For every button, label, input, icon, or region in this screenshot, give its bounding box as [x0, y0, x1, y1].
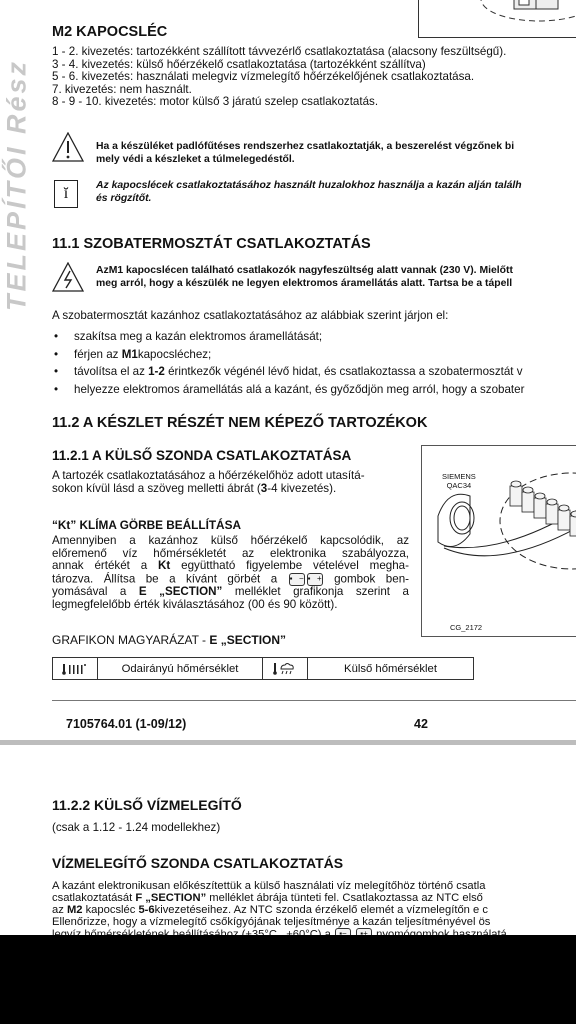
legend-outdoor-label: Külső hőmérséklet [308, 658, 473, 679]
curve-plus-button-icon: ▪+ [307, 573, 323, 586]
flow-temperature-icon [53, 658, 98, 679]
step-bold: M1 [122, 348, 138, 361]
text-span: csatlakoztatását [52, 892, 135, 904]
text-span: -4 kivezetés). [267, 482, 336, 495]
text-bold: F „SECTION” [135, 892, 206, 904]
kt-climate-text: Amennyiben a kazánhoz külső hőérzékelő k… [52, 535, 409, 611]
step-item: helyezze elektromos áramellátás alá a ka… [52, 381, 524, 399]
info-icon: ĭ [54, 180, 78, 208]
text-line: yomásával a E „SECTION” melléklet grafik… [52, 586, 409, 599]
text-span: kapocsléc [82, 904, 138, 916]
dhw-plus-button-icon: ▪+ [356, 928, 372, 935]
m2-line: 1 - 2. kivezetés: tartozékként szállítot… [52, 46, 506, 59]
info-line: és rögzítőt. [96, 192, 522, 205]
curve-minus-button-icon: ▪− [289, 573, 305, 586]
danger-line: AzM1 kapocslécen található csatlakozók n… [96, 264, 513, 277]
text-span: GRAFIKON MAGYARÁZAT - [52, 633, 209, 647]
text-line: Ellenőrizze, hogy a vízmelegítő csőkígyó… [52, 916, 507, 928]
footer-divider [52, 700, 576, 701]
probe-wiring-drawing [422, 446, 576, 636]
step-text: szakítsa meg a kazán elektromos áramellá… [74, 330, 322, 343]
dhw-minus-button-icon: ▪− [335, 928, 351, 935]
text-span: együttható figyelembe vételével megha- [170, 559, 409, 572]
text-bold: E „SECTION” [209, 633, 286, 647]
m2-line: 8 - 9 - 10. kivezetés: motor külső 3 jár… [52, 96, 506, 109]
text-line: csatlakoztatását F „SECTION” melléklet á… [52, 892, 507, 904]
text-bold: 5-6 [138, 904, 154, 916]
text-line: annak értékét a Kt együttható figyelembe… [52, 560, 409, 573]
text-line: Amennyiben a kazánhoz külső hőérzékelő k… [52, 535, 409, 548]
text-line: legvíz hőmérsékletének beállításához (+3… [52, 928, 507, 935]
side-section-label: TELEPÍTŐI Rész [2, 30, 32, 340]
electric-danger-text: AzM1 kapocslécen található csatlakozók n… [96, 264, 513, 290]
graph-legend-table: Odairányú hőmérséklet Külső hőmérséklet [52, 657, 474, 680]
info-line: Az kapocslécek csatlakoztatásához haszná… [96, 179, 522, 192]
text-line: sokon kívül lásd a szöveg melletti ábrát… [52, 483, 365, 496]
step-item: távolítsa el az 1-2 érintkezők végénél l… [52, 363, 524, 381]
section-11-2-1-text: A tartozék csatlakoztatásához a hőérzéke… [52, 470, 365, 495]
text-bold: Kt [158, 559, 170, 572]
external-probe-figure: SIEMENS QAC34 CG_2172 [421, 445, 576, 637]
section-11-1-steps: szakítsa meg a kazán elektromos áramellá… [52, 328, 524, 398]
section-11-1-title: 11.1 SZOBATERMOSZTÁT CSATLAKOZTATÁS [52, 236, 371, 252]
text-span: sokon kívül lásd a szöveg melletti ábrát… [52, 482, 261, 495]
text-span: annak értékét a [52, 559, 158, 572]
legend-flow-label: Odairányú hőmérséklet [98, 658, 263, 679]
section-11-2-2-title: 11.2.2 KÜLSŐ VÍZMELEGÍTŐ [52, 797, 242, 813]
section-11-2-1-title: 11.2.1 A KÜLSŐ SZONDA CSATLAKOZTATÁSA [52, 448, 351, 463]
m1-terminal-drawing [419, 0, 576, 37]
warning-line: Ha a készüléket padlófűtéses rendszerhez… [96, 140, 514, 153]
text-bold: M2 [67, 904, 83, 916]
step-text: helyezze elektromos áramellátás alá a ka… [74, 383, 524, 396]
info-notice-text: Az kapocslécek csatlakoztatásához haszná… [96, 179, 522, 205]
text-line: A kazánt elektronikusan előkészítettük a… [52, 880, 507, 892]
text-span: melléklet ábrája tünteti fel. Csatlakozt… [206, 892, 483, 904]
m2-line: 5 - 6. kivezetés: használati melegviz ví… [52, 71, 506, 84]
side-label-text: TELEPÍTŐI Rész [2, 59, 33, 311]
step-text: távolítsa el az [74, 365, 148, 378]
m2-title: M2 KAPOCSLÉC [52, 24, 167, 40]
warning-notice-text: Ha a készüléket padlófűtéses rendszerhez… [96, 140, 514, 166]
step-item: szakítsa meg a kazán elektromos áramellá… [52, 328, 524, 346]
text-span: tározva. Állítsa be a kívánt görbét a [52, 572, 277, 585]
outdoor-temperature-icon [263, 658, 308, 679]
thermometer-bars-glyph [62, 663, 88, 675]
page-number: 42 [414, 717, 428, 731]
water-heater-probe-text: A kazánt elektronikusan előkészítettük a… [52, 880, 507, 935]
figure-code: CG_2172 [450, 623, 482, 632]
text-span: gombok ben- [334, 572, 409, 585]
warning-triangle-icon [52, 132, 84, 162]
m2-terminal-list: 1 - 2. kivezetés: tartozékként szállítot… [52, 46, 506, 109]
step-bold: 1-2 [148, 365, 165, 378]
text-span: melléklet grafikonja szerint a [222, 585, 409, 598]
document-number: 7105764.01 (1-09/12) [66, 717, 186, 731]
screen-bottom-area [0, 935, 576, 1024]
step-item: férjen az M1kapocsléchez; [52, 346, 524, 364]
document-page-43: 11.2.2 KÜLSŐ VÍZMELEGÍTŐ (csak a 1.12 - … [0, 745, 576, 935]
danger-line: meg arról, hogy a készülék ne legyen ele… [96, 277, 513, 290]
section-11-2-2-subtitle: (csak a 1.12 - 1.24 modellekhez) [52, 822, 220, 835]
warning-line: mely védi a készleket a túlmelegedéstől. [96, 153, 514, 166]
text-span: kivezetéseihez. Az NTC szonda érzékelő e… [155, 904, 488, 916]
step-text: érintkezők végénél lévő hidat, és csatla… [165, 365, 523, 378]
text-line: az M2 kapocsléc 5-6kivezetéseihez. Az NT… [52, 904, 507, 916]
graph-legend-title: GRAFIKON MAGYARÁZAT - E „SECTION” [52, 633, 286, 647]
thermometer-cloud-glyph [273, 662, 297, 676]
section-11-1-intro: A szobatermosztát kazánhoz csatlakoztatá… [52, 310, 448, 323]
water-heater-probe-title: VÍZMELEGÍTŐ SZONDA CSATLAKOZTATÁS [52, 855, 343, 871]
m1-terminal-figure: M1 [418, 0, 576, 38]
text-span: yomásával a [52, 585, 139, 598]
electric-hazard-icon [52, 262, 84, 292]
document-page-42: TELEPÍTŐI Rész M1 M2 KAPOCSLÉC 1 - 2. ki… [0, 0, 576, 740]
text-bold: E „SECTION” [139, 585, 222, 598]
section-11-2-title: 11.2 A KÉSZLET RÉSZÉT NEM KÉPEZŐ TARTOZÉ… [52, 415, 427, 431]
text-line: legmegfelelőbb érték kiválasztásához (00… [52, 599, 409, 612]
text-span: az [52, 904, 67, 916]
step-text: férjen az [74, 348, 122, 361]
step-text: kapocsléchez; [138, 348, 211, 361]
kt-climate-title: “Kt” KLÍMA GÖRBE BEÁLLÍTÁSA [52, 518, 241, 532]
